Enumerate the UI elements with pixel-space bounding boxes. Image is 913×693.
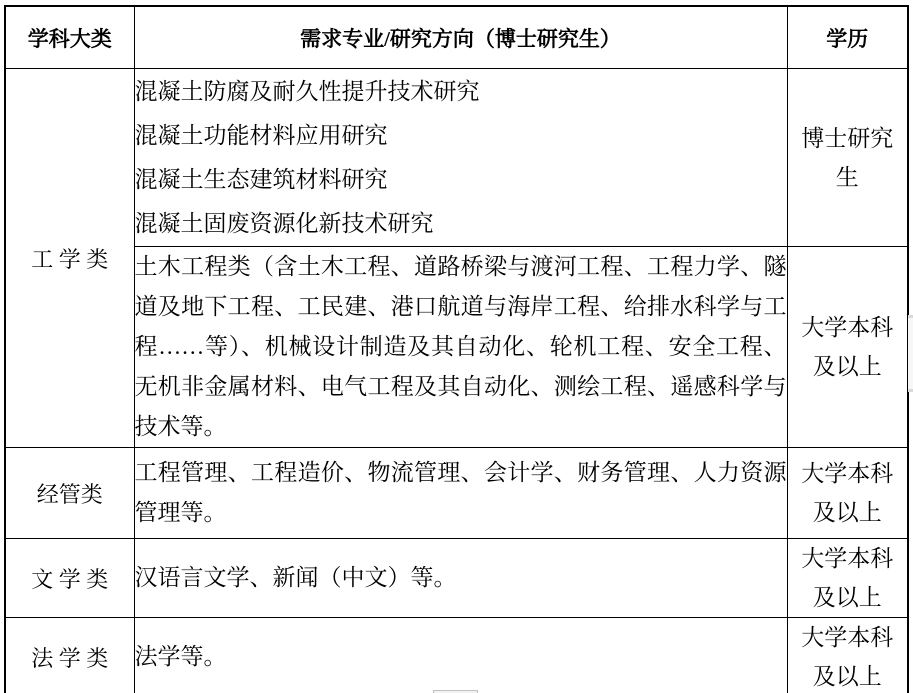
degree-text: 大学本科及以上: [799, 618, 895, 693]
table-row: 工 学 类 混凝土防腐及耐久性提升技术研究 混凝土功能材料应用研究 混凝土生态建…: [5, 69, 908, 247]
research-direction: 混凝土固废资源化新技术研究: [135, 202, 787, 246]
cell-degree-bachelor: 大学本科及以上: [787, 448, 908, 539]
header-degree: 学历: [787, 6, 908, 69]
cell-degree-bachelor: 大学本科及以上: [787, 539, 908, 618]
cell-engineering-phd-directions: 混凝土防腐及耐久性提升技术研究 混凝土功能材料应用研究 混凝土生态建筑材料研究 …: [134, 69, 787, 247]
cell-economics-majors: 工程管理、工程造价、物流管理、会计学、财务管理、人力资源管理等。: [134, 448, 787, 539]
cell-category-economics: 经管类: [5, 448, 134, 539]
table-header-row: 学科大类 需求专业/研究方向（博士研究生） 学历: [5, 6, 908, 69]
cell-literature-majors: 汉语言文学、新闻（中文）等。: [134, 539, 787, 618]
degree-text: 大学本科及以上: [799, 539, 895, 617]
degree-text: 大学本科及以上: [799, 308, 895, 386]
table-row: 法 学 类 法学等。 大学本科及以上: [5, 618, 908, 693]
header-major: 需求专业/研究方向（博士研究生）: [134, 6, 787, 69]
cell-category-literature: 文 学 类: [5, 539, 134, 618]
research-direction: 混凝土防腐及耐久性提升技术研究: [135, 70, 787, 114]
degree-text: 博士研究生: [799, 119, 895, 197]
cell-category-engineering: 工 学 类: [5, 69, 134, 448]
document-page: 学科大类 需求专业/研究方向（博士研究生） 学历 工 学 类 混凝土防腐及耐久性…: [0, 0, 913, 693]
cell-category-law: 法 学 类: [5, 618, 134, 693]
degree-text: 大学本科及以上: [799, 454, 895, 532]
table-row: 经管类 工程管理、工程造价、物流管理、会计学、财务管理、人力资源管理等。 大学本…: [5, 448, 908, 539]
research-direction: 混凝土生态建筑材料研究: [135, 158, 787, 202]
scrollbar-fragment[interactable]: [908, 315, 913, 392]
cell-degree-phd: 博士研究生: [787, 69, 908, 247]
cell-degree-bachelor: 大学本科及以上: [787, 247, 908, 448]
cell-law-majors: 法学等。: [134, 618, 787, 693]
table-row: 文 学 类 汉语言文学、新闻（中文）等。 大学本科及以上: [5, 539, 908, 618]
header-category: 学科大类: [5, 6, 134, 69]
cell-engineering-bachelor-majors: 土木工程类（含土木工程、道路桥梁与渡河工程、工程力学、隧道及地下工程、工民建、港…: [134, 247, 787, 448]
research-direction: 混凝土功能材料应用研究: [135, 114, 787, 158]
recruitment-requirements-table: 学科大类 需求专业/研究方向（博士研究生） 学历 工 学 类 混凝土防腐及耐久性…: [4, 5, 909, 693]
cell-degree-bachelor: 大学本科及以上: [787, 618, 908, 693]
table-row: 土木工程类（含土木工程、道路桥梁与渡河工程、工程力学、隧道及地下工程、工民建、港…: [5, 247, 908, 448]
